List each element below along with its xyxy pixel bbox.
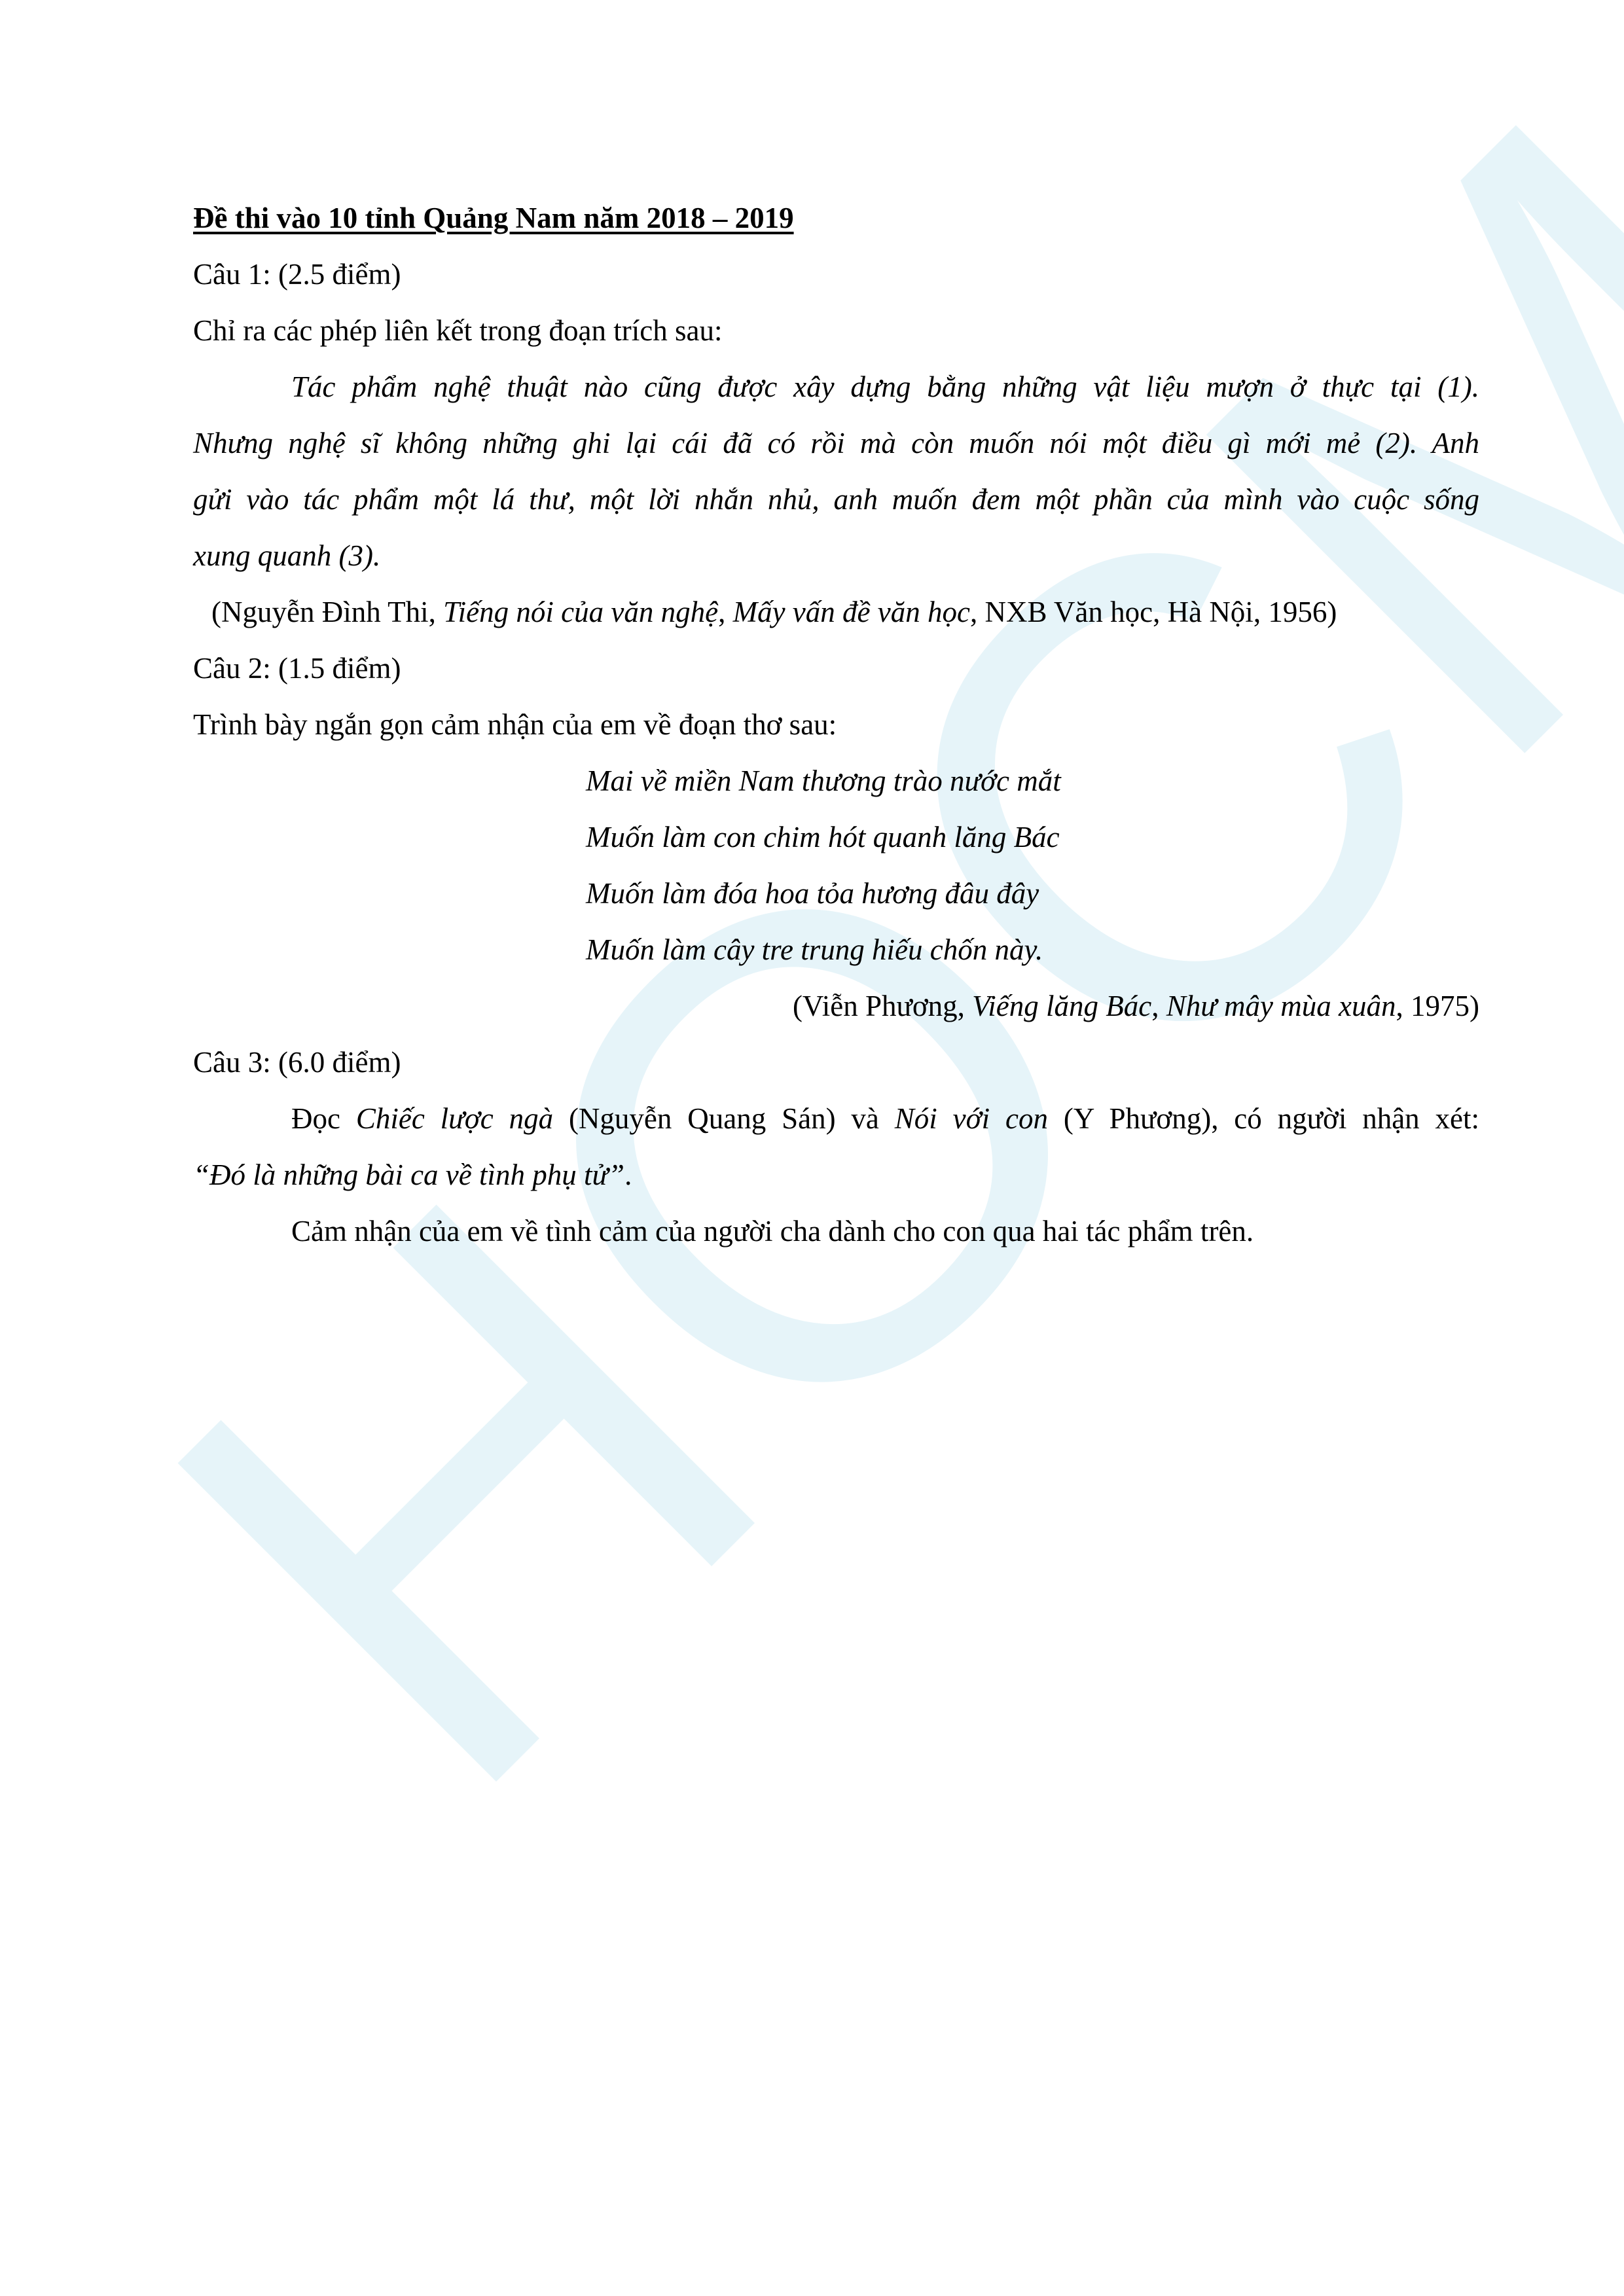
poem-line: Mai về miền Nam thương trào nước mắt — [193, 753, 1479, 809]
source-work: Tiếng nói của văn nghệ — [443, 596, 718, 628]
text: Đọc — [291, 1102, 356, 1135]
poem-line: Muốn làm đóa hoa tỏa hương đâu đây — [193, 865, 1479, 922]
passage-line: Tác phẩm nghệ thuật nào cũng được xây dự… — [193, 359, 1479, 415]
question-3-intro: Đọc Chiếc lược ngà (Nguyễn Quang Sán) và… — [193, 1090, 1479, 1147]
exam-content: Đề thi vào 10 tỉnh Quảng Nam năm 2018 – … — [193, 190, 1479, 1259]
source-open: (Nguyễn Đình Thi, — [211, 596, 443, 628]
source-work: Mấy vấn đề văn học — [733, 596, 970, 628]
quote-end: . — [624, 1158, 632, 1191]
question-3-task: Cảm nhận của em về tình cảm của người ch… — [193, 1203, 1479, 1259]
text: (Nguyễn Quang Sán) và — [553, 1102, 895, 1135]
passage-line: gửi vào tác phẩm một lá thư, một lời nhắ… — [193, 471, 1479, 528]
question-2-prompt: Trình bày ngắn gọn cảm nhận của em về đo… — [193, 696, 1479, 753]
question-2-source: (Viễn Phương, Viếng lăng Bác, Như mây mù… — [193, 978, 1479, 1034]
exam-title: Đề thi vào 10 tỉnh Quảng Nam năm 2018 – … — [193, 190, 1479, 246]
question-2-label: Câu 2: (1.5 điểm) — [193, 640, 1479, 696]
poem-line: Muốn làm cây tre trung hiếu chốn này. — [193, 922, 1479, 978]
question-1-prompt: Chỉ ra các phép liên kết trong đoạn tríc… — [193, 302, 1479, 359]
poem-line: Muốn làm con chim hót quanh lăng Bác — [193, 809, 1479, 865]
source-open: (Viễn Phương, — [793, 990, 972, 1022]
question-1-label: Câu 1: (2.5 điểm) — [193, 246, 1479, 302]
question-3-label: Câu 3: (6.0 điểm) — [193, 1034, 1479, 1090]
source-work: Như mây mùa xuân — [1166, 990, 1396, 1022]
source-rest: , 1975) — [1396, 990, 1480, 1022]
passage-line: xung quanh (3). — [193, 528, 1479, 584]
text: (Y Phương), có người nhận xét: — [1048, 1102, 1479, 1135]
source-work: Viếng lăng Bác — [972, 990, 1151, 1022]
question-1-source: (Nguyễn Đình Thi, Tiếng nói của văn nghệ… — [193, 584, 1479, 640]
source-sep: , — [1151, 990, 1166, 1022]
work-title: Chiếc lược ngà — [356, 1102, 553, 1135]
source-sep: , — [718, 596, 733, 628]
passage-line: Nhưng nghệ sĩ không những ghi lại cái đã… — [193, 415, 1479, 471]
source-rest: , NXB Văn học, Hà Nội, 1956) — [970, 596, 1337, 628]
question-3-quote: “Đó là những bài ca về tình phụ tử”. — [193, 1147, 1479, 1203]
work-title: Nói với con — [895, 1102, 1048, 1135]
quote-text: “Đó là những bài ca về tình phụ tử” — [193, 1158, 624, 1191]
document-page: HOCMAI Đề thi vào 10 tỉnh Quảng Nam năm … — [0, 0, 1624, 2296]
